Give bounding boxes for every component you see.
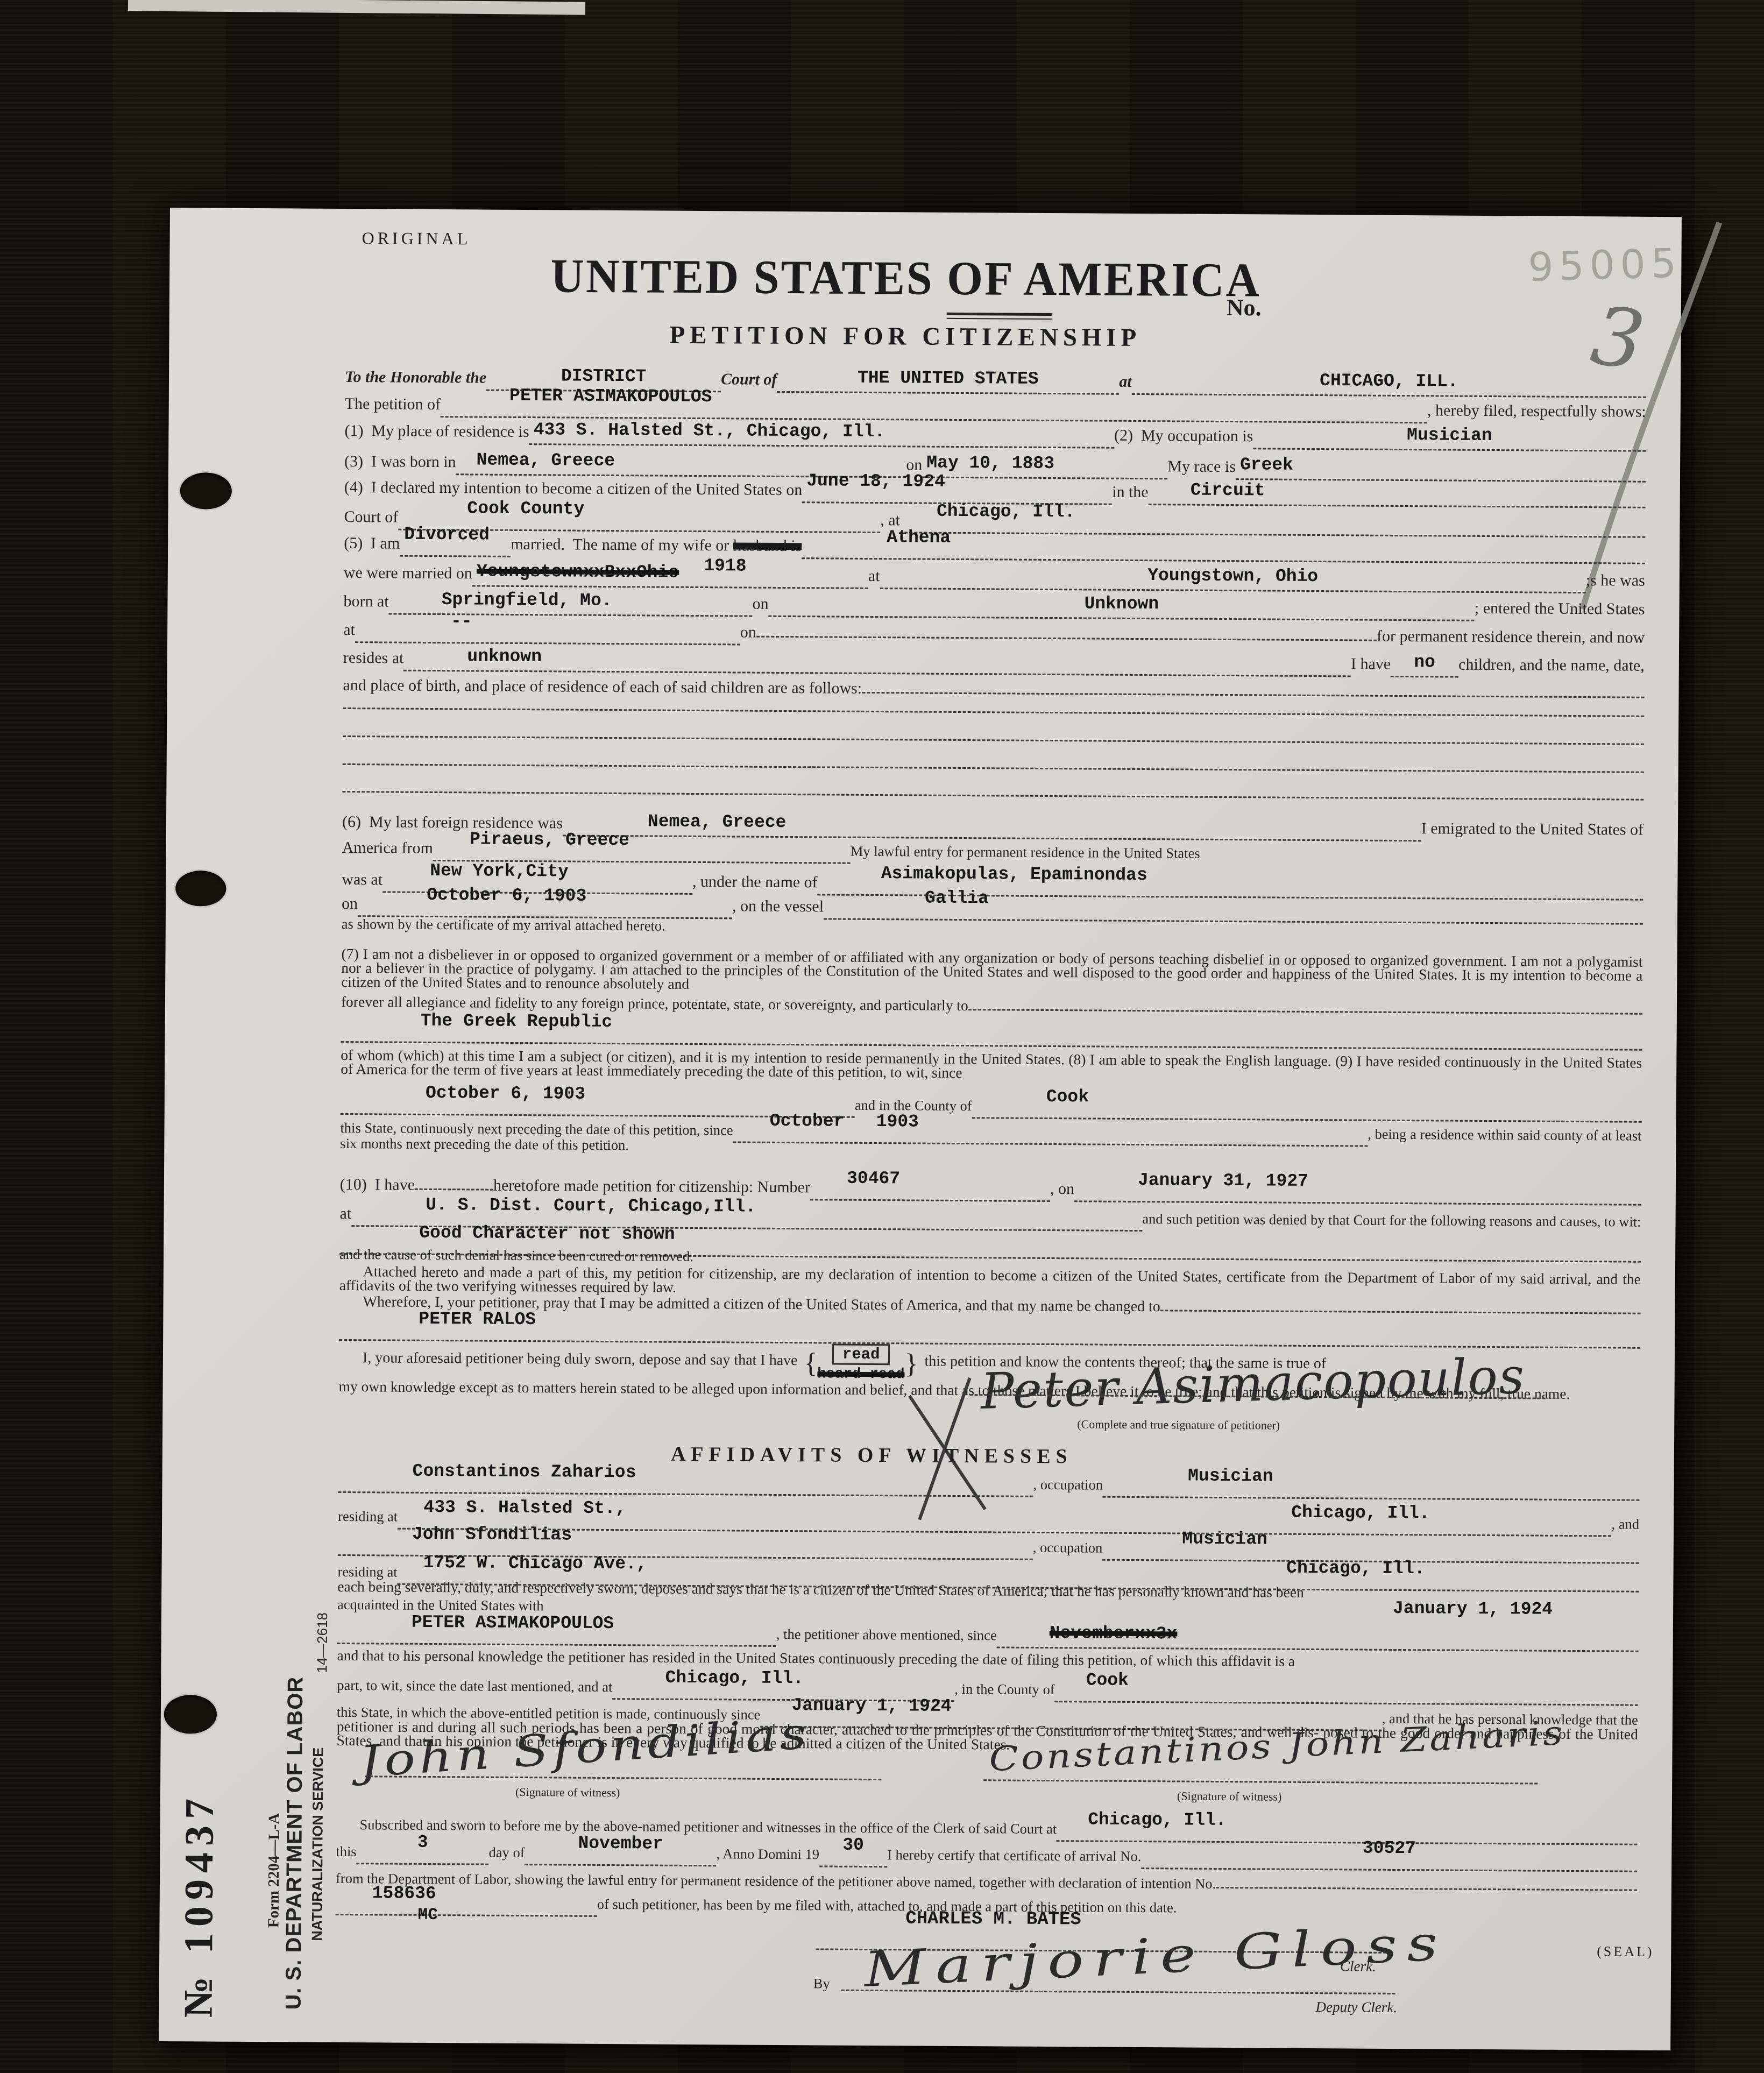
children-line: and place of birth, and place of residen… bbox=[343, 676, 1644, 709]
clause-8-9-paragraph: of whom (which) at this time I am a subj… bbox=[341, 1048, 1642, 1084]
date-certify-line: this 3 day of November , Anno Domini 19 … bbox=[336, 1842, 1637, 1874]
race-label: My race is bbox=[1167, 457, 1236, 476]
spouse-residence-line: resides at unknown I have no children, a… bbox=[343, 648, 1645, 681]
document-subtitle: PETITION FOR CITIZENSHIP bbox=[345, 319, 1465, 355]
this-label: this bbox=[336, 1843, 356, 1860]
court-place-field: CHICAGO, ILL. bbox=[1132, 372, 1647, 398]
punch-hole bbox=[180, 472, 232, 510]
residence-line: (1) My place of residence is 433 S. Hals… bbox=[344, 421, 1646, 454]
spouse-birthplace-field: Springfield, Mo. bbox=[389, 592, 753, 617]
children-count-field: no bbox=[1391, 655, 1458, 678]
witness1-occupation-field: Musician bbox=[1103, 1475, 1640, 1501]
petition-number-field: 30467 bbox=[810, 1178, 1050, 1202]
marriage-place-field: Youngstown, Ohio bbox=[880, 567, 1586, 593]
spouse-birth-line: born at Springfield, Mo. on Unknown ; en… bbox=[343, 592, 1645, 625]
occupation-label: (2) My occupation is bbox=[1114, 427, 1253, 446]
clerk-name-value: CHARLES M. BATES bbox=[905, 1908, 1081, 1930]
heretofore-label: heretofore made petition for citizenship… bbox=[493, 1177, 810, 1197]
children-label: children, and the name, date, bbox=[1458, 656, 1645, 675]
and-label: , and bbox=[1611, 1516, 1639, 1532]
clause-7-paragraph: (7) I am not a disbeliever in or opposed… bbox=[341, 947, 1642, 997]
affidavit-petitioner-field: PETER ASIMAKOPOULOS bbox=[337, 1622, 776, 1647]
on-label: on bbox=[740, 623, 756, 641]
entered-date-field bbox=[756, 635, 1377, 641]
i-have-label: I have bbox=[1351, 655, 1391, 673]
part-label: part, to wit, since the date last mentio… bbox=[337, 1677, 612, 1695]
comma-on-label: , on bbox=[1050, 1180, 1074, 1198]
subscribed-place-field: Chicago, Ill. bbox=[1057, 1819, 1638, 1845]
from-dept-label: from the Department of Labor, showing th… bbox=[336, 1870, 1216, 1892]
petitioner-name-field: PETER ASIMAKOPOULOS bbox=[441, 395, 1427, 423]
petition-of-label: The petition of bbox=[345, 395, 441, 414]
affidavit-county-label: , in the County of bbox=[954, 1681, 1054, 1698]
allegiance-field: The Greek Republic bbox=[341, 1020, 1642, 1051]
petition-number-label: No. bbox=[1227, 294, 1262, 321]
form-code-label: 14—2618 bbox=[314, 1612, 331, 1673]
children-cont-label: and place of birth, and place of residen… bbox=[343, 676, 862, 698]
husband-struck-label: husband is bbox=[733, 536, 802, 555]
birthdate-field: May 10, 1883 bbox=[922, 456, 1167, 480]
since-label: , the petitioner above mentioned, since bbox=[776, 1626, 997, 1644]
allegiance-tail-field bbox=[968, 1008, 1642, 1015]
county-field: Cook bbox=[972, 1096, 1642, 1123]
document-title: UNITED STATES OF AMERICA bbox=[345, 246, 1467, 309]
affidavit-county-field: Cook bbox=[1054, 1680, 1638, 1706]
spouse-residence-field: unknown bbox=[403, 649, 1351, 677]
blank-rule-line bbox=[342, 762, 1643, 795]
intention-tail-field bbox=[1216, 1886, 1637, 1891]
spouse-name-field: Athena bbox=[802, 536, 1645, 564]
race-field: Greek bbox=[1236, 457, 1646, 483]
in-the-label: in the bbox=[1112, 483, 1149, 501]
entered-label: ; entered the United States bbox=[1475, 599, 1645, 619]
oath-part1-label: I, your aforesaid petitioner being duly … bbox=[339, 1349, 798, 1369]
i-am-label: (5) I am bbox=[344, 534, 400, 553]
was-at-label: was at bbox=[342, 871, 382, 889]
born-label: (3) I was born in bbox=[344, 452, 456, 471]
blank-field bbox=[343, 706, 1644, 717]
blank-rule-line bbox=[343, 706, 1644, 739]
court-name-field: THE UNITED STATES bbox=[777, 370, 1119, 395]
witness1-name-field: Constantinos Zaharios bbox=[338, 1470, 1033, 1497]
year-field: 30 bbox=[819, 1844, 887, 1867]
entered-place-field: -- bbox=[355, 620, 740, 645]
married-label: married. The name of my wife or bbox=[511, 535, 733, 555]
emigrated-label: I emigrated to the United States of bbox=[1421, 819, 1643, 839]
born-at-label: born at bbox=[343, 592, 388, 611]
declared-label: (4) I declared my intention to become a … bbox=[344, 478, 803, 499]
she-was-label: ;s he was bbox=[1586, 571, 1645, 590]
spouse-birthdate-field: Unknown bbox=[769, 595, 1475, 621]
occupation-field: Musician bbox=[1253, 427, 1646, 451]
left-brace: { bbox=[804, 1347, 817, 1379]
acquainted-label: acquainted in the United States with bbox=[337, 1596, 544, 1614]
on-label: on bbox=[753, 595, 769, 613]
entry-on-label: on bbox=[342, 895, 358, 913]
petition-document: ORIGINAL UNITED STATES OF AMERICA PETITI… bbox=[159, 208, 1682, 2050]
since-field: Novemberxx3x bbox=[997, 1625, 1639, 1652]
document-number-stamp: № 109437 bbox=[175, 1792, 223, 2018]
at-label: at bbox=[1119, 373, 1132, 391]
subscribed-label: Subscribed and sworn to before me by the… bbox=[336, 1816, 1057, 1837]
intention-no-field: 158636 bbox=[336, 1893, 597, 1917]
by-label: By bbox=[813, 1975, 830, 1992]
witness1-signature-caption: (Signature of witness) bbox=[515, 1785, 620, 1800]
copy-type-label: ORIGINAL bbox=[362, 228, 471, 249]
residence-label: (1) My place of residence is bbox=[344, 422, 529, 441]
occupation-label: , occupation bbox=[1033, 1539, 1103, 1556]
at-label: at bbox=[343, 621, 355, 639]
honorable-label: To the Honorable the bbox=[345, 368, 486, 387]
certify-label: I hereby certify that certificate of arr… bbox=[887, 1846, 1142, 1865]
service-label: NATURALIZATION SERVICE bbox=[309, 1747, 327, 1941]
denied-label: and such petition was denied by that Cou… bbox=[1142, 1211, 1641, 1230]
seal-label: (SEAL) bbox=[1597, 1943, 1654, 1960]
acquainted-date-value: January 1, 1924 bbox=[1393, 1598, 1553, 1619]
at-label: at bbox=[339, 1205, 351, 1223]
six-months-label: six months next preceding the date of th… bbox=[340, 1135, 629, 1154]
cured-label: and the cause of such denial has since b… bbox=[339, 1246, 693, 1265]
day-of-label: day of bbox=[489, 1844, 525, 1861]
petition-suffix-label: , hereby filed, respectfully shows: bbox=[1427, 401, 1646, 421]
month-field: November bbox=[525, 1843, 716, 1866]
lawful-label: My lawful entry for permanent residence … bbox=[851, 843, 1200, 862]
arrival-no-field: 30527 bbox=[1141, 1846, 1637, 1872]
punch-hole bbox=[175, 871, 226, 907]
paper-edge-sliver bbox=[128, 0, 585, 15]
witness2-signature-caption: (Signature of witness) bbox=[1177, 1789, 1281, 1803]
children-field bbox=[862, 691, 1644, 698]
foreign-field: Nemea, Greece bbox=[563, 813, 1421, 841]
married-at-label: at bbox=[868, 567, 880, 585]
petition-date-field: January 31, 1927 bbox=[1074, 1179, 1641, 1205]
permanent-label: for permanent residence therein, and now bbox=[1377, 627, 1645, 647]
residing-label: residing at bbox=[338, 1508, 398, 1525]
punch-hole bbox=[164, 1695, 217, 1734]
witness1-address-field: 433 S. Halsted St., Chicago, Ill. bbox=[398, 1507, 1612, 1537]
marital-status-field: Divorced bbox=[400, 534, 511, 557]
witness2-signature-rule bbox=[983, 1779, 1538, 1784]
anno-label: , Anno Domini 19 bbox=[716, 1845, 819, 1863]
blank-rule-line bbox=[343, 734, 1644, 767]
have-blank-field bbox=[415, 1187, 493, 1191]
residence-field: 433 S. Halsted St., Chicago, Ill. bbox=[529, 422, 1115, 449]
day-field: 3 bbox=[356, 1842, 488, 1865]
resides-label: resides at bbox=[343, 649, 404, 668]
new-name-tail-field bbox=[1160, 1308, 1641, 1314]
vessel-label: , on the vessel bbox=[732, 897, 824, 916]
clerk-initials: MC bbox=[418, 1906, 438, 1925]
deputy-clerk-label: Deputy Clerk. bbox=[1316, 1999, 1398, 2016]
comma-at-label: , at bbox=[880, 511, 900, 529]
entry-date-field: October 6, 1903 bbox=[358, 894, 732, 919]
petitioner-signature-caption: (Complete and true signature of petition… bbox=[1077, 1417, 1280, 1432]
court-kind-field: Circuit bbox=[1149, 483, 1646, 508]
marriage-date-field: YoungstownxxBxxOhio1918 bbox=[472, 564, 868, 589]
title-rule bbox=[947, 313, 1052, 320]
occupation-label: , occupation bbox=[1033, 1476, 1103, 1494]
court-of-label: Court of bbox=[344, 508, 398, 527]
form-number-label: Form 2204—L-A bbox=[265, 1813, 283, 1928]
america-from-label: America from bbox=[342, 839, 433, 858]
read-option: read bbox=[832, 1344, 890, 1366]
court-of-label: Court of bbox=[721, 370, 777, 389]
married-on-label: we were married on bbox=[344, 564, 472, 583]
department-label: U. S. DEPARTMENT OF LABOR bbox=[282, 1676, 308, 2010]
certificate-label: as shown by the certificate of my arriva… bbox=[342, 916, 665, 935]
declaration-place-field: Chicago, Ill. bbox=[900, 511, 1646, 537]
under-name-label: , under the name of bbox=[692, 873, 818, 892]
subscribed-line: Subscribed and sworn to before me by the… bbox=[336, 1815, 1638, 1844]
have-label: (10) I have bbox=[340, 1176, 415, 1194]
read-heard-choice: { read heard read } bbox=[804, 1343, 918, 1383]
emigration-port-field: Piraeus, Greece bbox=[433, 839, 851, 864]
